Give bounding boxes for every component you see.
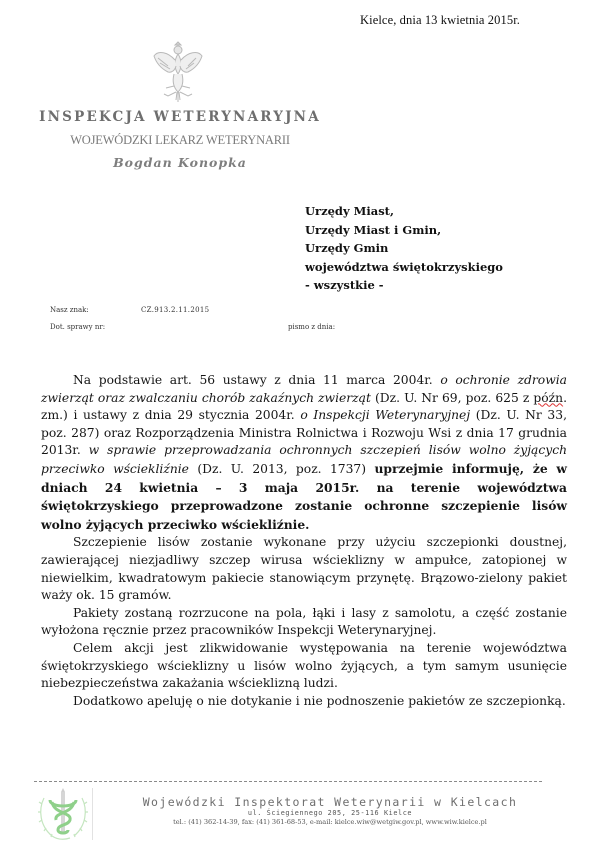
recipient-line: - wszystkie - <box>305 276 503 295</box>
letter-date: Kielce, dnia 13 kwietnia 2015r. <box>360 13 520 28</box>
official-name: Bogdan Konopka <box>0 155 360 170</box>
spellcheck-flagged-word: późn <box>533 391 563 405</box>
recipients-block: Urzędy Miast, Urzędy Miast i Gmin, Urzęd… <box>305 202 503 295</box>
body-paragraph-3: Pakiety zostaną rozrzucone na pola, łąki… <box>41 605 567 640</box>
footer-contact-info: tel.: (41) 362-14-39, fax: (41) 361-68-5… <box>110 818 550 826</box>
footer-organization-name: Wojewódzki Inspektorat Weterynarii w Kie… <box>110 795 550 809</box>
recipient-line: Urzędy Miast, <box>305 202 503 221</box>
footer-address: ul. Ściegiennego 205, 25-116 Kielce <box>110 809 550 817</box>
body-paragraph-5: Dodatkowo apeluję o nie dotykanie i nie … <box>41 693 567 711</box>
body-paragraph-4: Celem akcji jest zlikwidowanie występowa… <box>41 640 567 693</box>
recipient-line: Urzędy Gmin <box>305 239 503 258</box>
our-reference-value: CZ.913.2.11.2015 <box>141 306 209 314</box>
case-number-label: Dot. sprawy nr: <box>50 323 105 331</box>
body-paragraph-1: Na podstawie art. 56 ustawy z dnia 11 ma… <box>41 372 567 534</box>
footer-divider <box>34 781 542 782</box>
body-paragraph-2: Szczepienie lisów zostanie wykonane przy… <box>41 534 567 604</box>
footer-separator <box>92 788 93 840</box>
letter-body: Na podstawie art. 56 ustawy z dnia 11 ma… <box>41 372 567 710</box>
veterinary-caduceus-logo-icon <box>34 786 92 843</box>
letter-date-label: pismo z dnia: <box>288 323 335 331</box>
recipient-line: województwa świętokrzyskiego <box>305 258 503 277</box>
recipient-line: Urzędy Miast i Gmin, <box>305 221 503 240</box>
polish-eagle-emblem-icon <box>150 38 206 104</box>
organization-subtitle: WOJEWÓDZKI LEKARZ WETERYNARII <box>0 133 360 148</box>
organization-title: INSPEKCJA WETERYNARYJNA <box>0 109 360 125</box>
our-reference-label: Nasz znak: <box>50 306 89 314</box>
